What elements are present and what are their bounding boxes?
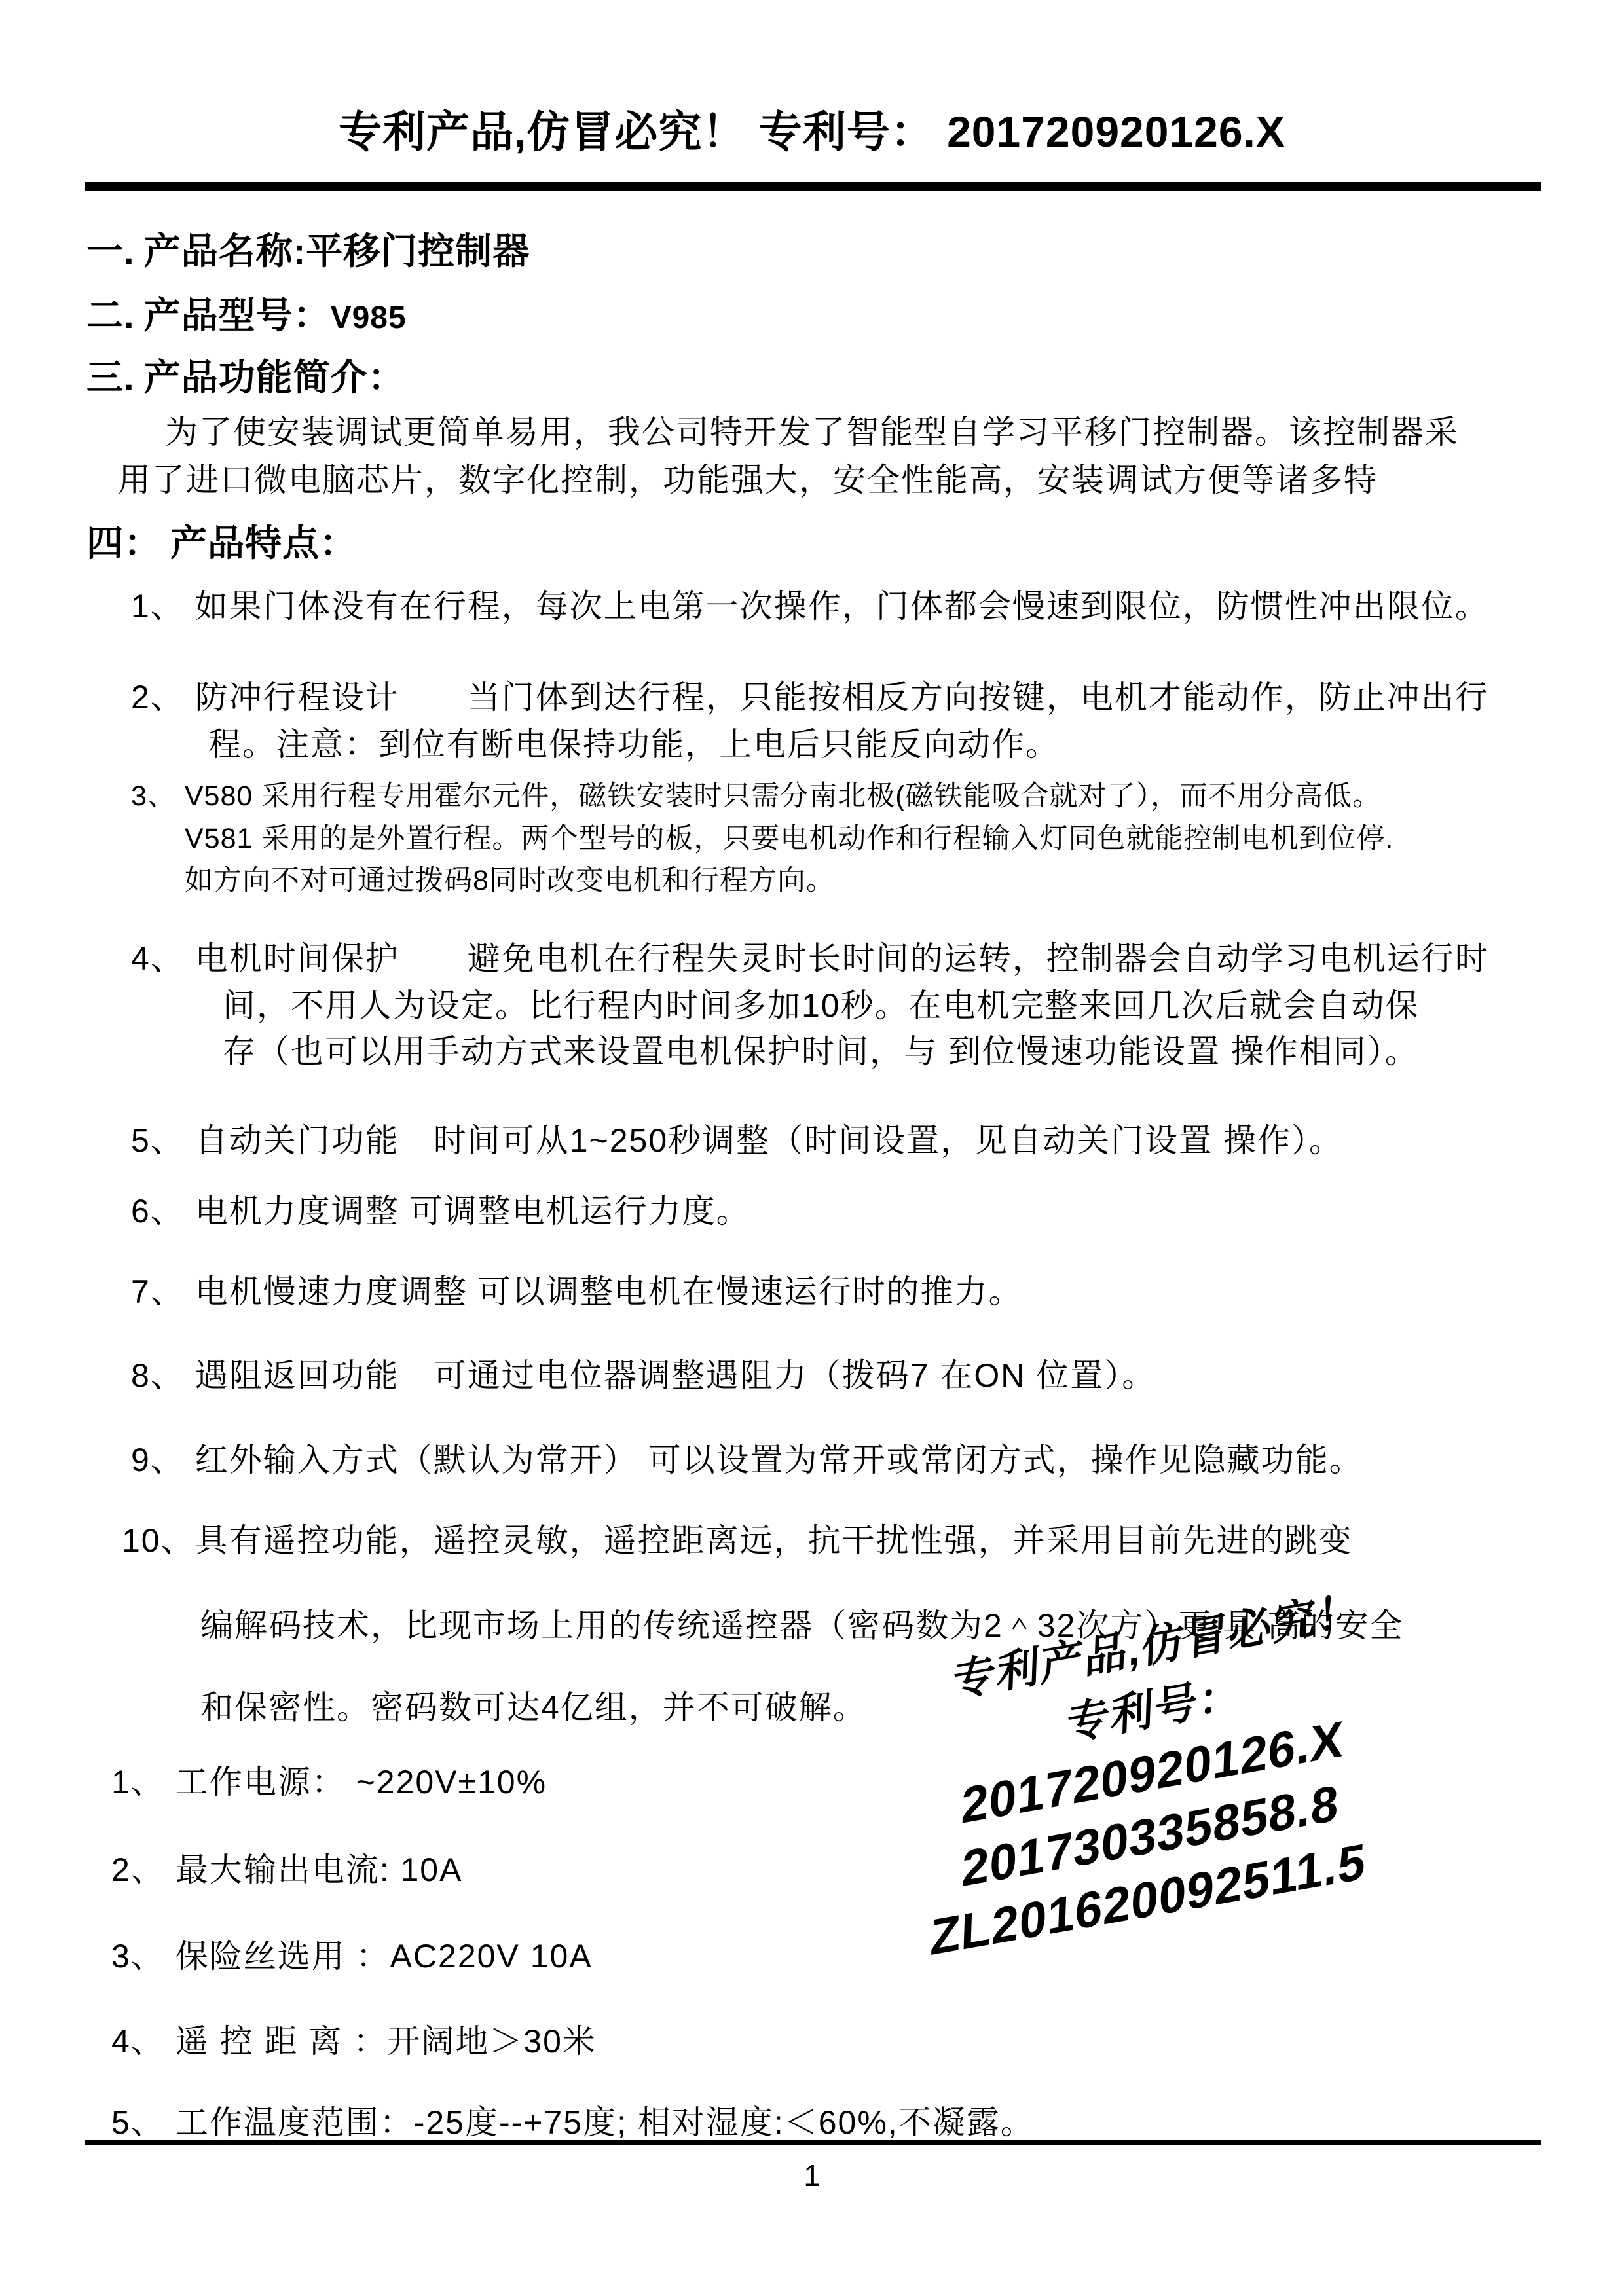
feature-4-line-1: 4、 电机时间保护 避免电机在行程失灵时长时间的运转，控制器会自动学习电机运行时 <box>131 932 1489 979</box>
page-header-title: 专利产品,仿冒必究！ 专利号： 201720920126.X <box>0 97 1624 159</box>
intro-paragraph-line-1: 为了使安装调试更简单易用，我公司特开发了智能型自学习平移门控制器。该控制器采 <box>165 406 1459 453</box>
spec-item-5: 5、 工作温度范围：-25度--+75度; 相对湿度:＜60%,不凝露。 <box>111 2096 1035 2143</box>
feature-6-line-1: 6、 电机力度调整 可调整电机运行力度。 <box>131 1185 750 1232</box>
page-number: 1 <box>0 2158 1624 2193</box>
feature-3-line-1: 3、 V580 采用行程专用霍尔元件，磁铁安装时只需分南北极(磁铁能吸合就对了）… <box>131 774 1381 814</box>
spec-item-3: 3、 保险丝选用 ：AC220V 10A <box>111 1930 593 1977</box>
feature-8-line-1: 8、 遇阻返回功能 可通过电位器调整遇阻力（拨码7 在ON 位置）。 <box>131 1349 1156 1396</box>
section-4-label: 四： <box>86 522 161 564</box>
feature-7-line-1: 7、 电机慢速力度调整 可以调整电机在慢速运行时的推力。 <box>131 1266 1023 1313</box>
feature-3-line-3: 如方向不对可通过拨码8同时改变电机和行程方向。 <box>185 858 835 898</box>
feature-3-line-2: V581 采用的是外置行程。两个型号的板，只要电机动作和行程输入灯同色就能控制电… <box>185 816 1393 856</box>
section-1-title: 产品名称:平移门控制器 <box>144 230 530 272</box>
header-divider-rule <box>85 182 1541 191</box>
section-3-title: 产品功能简介： <box>144 357 405 398</box>
feature-1-line-1: 1、 如果门体没有在行程，每次上电第一次操作，门体都会慢速到限位，防惯性冲出限位… <box>131 580 1489 627</box>
section-3-label: 三. <box>86 357 135 398</box>
spec-item-4: 4、 遥 控 距 离 ：开阔地＞30米 <box>111 2015 597 2062</box>
section-1-heading: 一.产品名称:平移门控制器 <box>86 223 530 275</box>
section-2-heading: 二.产品型号：V985 <box>86 287 407 339</box>
feature-4-line-2: 间，不用人为设定。比行程内时间多加10秒。在电机完整来回几次后就会自动保 <box>223 979 1420 1027</box>
section-2-label: 二. <box>86 295 135 336</box>
feature-2-line-1: 2、 防冲行程设计 当门体到达行程，只能按相反方向按键，电机才能动作，防止冲出行 <box>131 671 1489 718</box>
spec-item-2: 2、 最大输出电流: 10A <box>111 1844 462 1891</box>
product-model: V985 <box>331 301 407 335</box>
feature-5-line-1: 5、 自动关门功能 时间可从1~250秒调整（时间设置，见自动关门设置 操作）。 <box>131 1114 1343 1161</box>
section-2-title: 产品型号： <box>144 295 331 336</box>
section-4-heading: 四：产品特点： <box>86 515 357 567</box>
spec-item-1: 1、 工作电源： ~220V±10% <box>111 1756 547 1803</box>
feature-2-line-2: 程。注意：到位有断电保持功能，上电后只能反向动作。 <box>208 718 1060 765</box>
footer-divider-rule <box>85 2140 1541 2145</box>
section-1-label: 一. <box>86 230 135 272</box>
feature-10-line-3: 和保密性。密码数可达4亿组，并不可破解。 <box>200 1681 867 1728</box>
feature-4-line-3: 存（也可以用手动方式来设置电机保护时间，与 到位慢速功能设置 操作相同）。 <box>223 1025 1419 1072</box>
intro-paragraph-line-2: 用了进口微电脑芯片，数字化控制，功能强大，安全性能高，安装调试方便等诸多特 <box>118 454 1378 501</box>
feature-10-line-1: 10、具有遥控功能，遥控灵敏，遥控距离远，抗干扰性强，并采用目前先进的跳变 <box>122 1514 1353 1561</box>
section-3-heading: 三.产品功能简介： <box>86 349 405 401</box>
document-page: 专利产品,仿冒必究！ 专利号： 201720920126.X 一.产品名称:平移… <box>0 0 1624 2296</box>
section-4-title: 产品特点： <box>170 522 357 564</box>
feature-9-line-1: 9、 红外输入方式（默认为常开） 可以设置为常开或常闭方式，操作见隐藏功能。 <box>131 1434 1363 1481</box>
